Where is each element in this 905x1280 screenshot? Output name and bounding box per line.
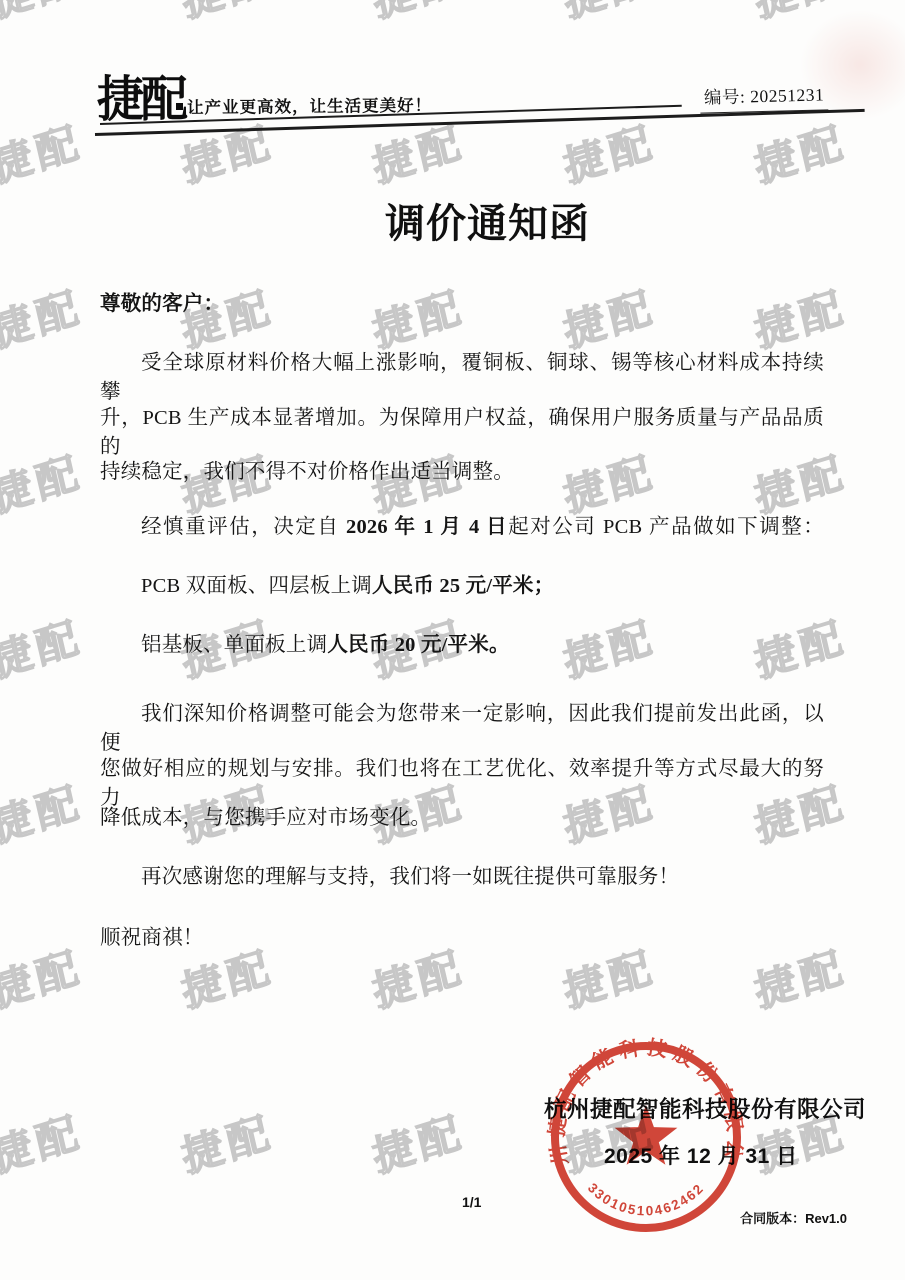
logo-dot-icon xyxy=(176,103,183,110)
text-run: 起对公司 PCB 产品做如下调整： xyxy=(508,516,824,538)
text-run: 顺祝商祺！ xyxy=(100,927,204,949)
text-run: 持续稳定，我们不得不对价格作出适当调整。 xyxy=(100,461,514,483)
body-line: 升，PCB 生产成本显著增加。为保障用户权益，确保用户服务质量与产品品质的 xyxy=(100,404,824,462)
text-run: 您做好相应的规划与安排。我们也将在工艺优化、效率提升等方式尽最大的努力 xyxy=(100,758,824,809)
watermark-text: 捷配 xyxy=(736,0,864,34)
watermark-text: 捷配 xyxy=(354,0,482,34)
watermark-text: 捷配 xyxy=(354,105,482,199)
body-line: 顺祝商祺！ xyxy=(100,924,824,953)
seal-star-icon xyxy=(615,1105,678,1165)
text-run: 降低成本，与您携手应对市场变化。 xyxy=(100,807,431,829)
watermark-text: 捷配 xyxy=(0,1095,100,1189)
document-title: 调价通知函 xyxy=(385,192,590,249)
text-run: 升，PCB 生产成本显著增加。为保障用户权益，确保用户服务质量与产品品质的 xyxy=(100,407,824,458)
watermark-text: 捷配 xyxy=(163,1095,291,1189)
document-page: 捷配捷配捷配捷配捷配捷配捷配捷配捷配捷配捷配捷配捷配捷配捷配捷配捷配捷配捷配捷配… xyxy=(0,0,905,1280)
text-run: 经慎重评估，决定自 xyxy=(141,516,346,538)
company-logo-text: 捷配 xyxy=(97,71,185,126)
text-run: 人民币 25 元/平米； xyxy=(372,575,554,597)
document-number-value: 20251231 xyxy=(750,84,824,106)
watermark-text: 捷配 xyxy=(0,930,100,1024)
watermark-text: 捷配 xyxy=(0,765,100,859)
contract-version: 合同版本：Rev1.0 xyxy=(740,1208,847,1227)
text-run: 受全球原材料价格大幅上涨影响，覆铜板、铜球、锡等核心材料成本持续攀 xyxy=(100,352,824,403)
watermark-text: 捷配 xyxy=(0,0,100,34)
watermark-text: 捷配 xyxy=(163,0,291,34)
watermark-text: 捷配 xyxy=(736,105,864,199)
page-number: 1/1 xyxy=(462,1194,481,1210)
watermark-text: 捷配 xyxy=(0,435,100,529)
body-line: PCB 双面板、四层板上调人民币 25 元/平米； xyxy=(100,572,824,601)
text-run: 人民币 20 元/平米。 xyxy=(327,634,509,656)
text-run: PCB 双面板、四层板上调 xyxy=(141,575,372,597)
body-line: 经慎重评估，决定自 2026 年 1 月 4 日起对公司 PCB 产品做如下调整… xyxy=(100,513,824,542)
body-line: 受全球原材料价格大幅上涨影响，覆铜板、铜球、锡等核心材料成本持续攀 xyxy=(100,349,824,407)
body-line: 尊敬的客户： xyxy=(100,290,824,319)
body-line: 再次感谢您的理解与支持，我们将一如既往提供可靠服务！ xyxy=(100,863,824,892)
body-line: 铝基板、单面板上调人民币 20 元/平米。 xyxy=(100,631,824,660)
document-number-label: 编号: xyxy=(704,86,746,107)
watermark-text: 捷配 xyxy=(354,1095,482,1189)
text-run: 尊敬的客户： xyxy=(100,293,224,315)
company-seal: 杭州捷配智能科技股份有限公司 33010510462462 xyxy=(546,1034,746,1234)
text-run: 我们深知价格调整可能会为您带来一定影响，因此我们提前发出此函，以便 xyxy=(100,703,824,754)
watermark-text: 捷配 xyxy=(0,270,100,364)
body-line: 降低成本，与您携手应对市场变化。 xyxy=(100,804,824,833)
document-number: 编号: 20251231 xyxy=(700,81,829,113)
text-run: 铝基板、单面板上调 xyxy=(141,634,327,656)
watermark-text: 捷配 xyxy=(0,600,100,694)
body-line: 我们深知价格调整可能会为您带来一定影响，因此我们提前发出此函，以便 xyxy=(100,700,824,758)
text-run: 再次感谢您的理解与支持，我们将一如既往提供可靠服务！ xyxy=(141,866,679,888)
watermark-text: 捷配 xyxy=(0,105,100,199)
body-line: 持续稳定，我们不得不对价格作出适当调整。 xyxy=(100,458,824,487)
watermark-text: 捷配 xyxy=(545,0,673,34)
text-run: 2026 年 1 月 4 日 xyxy=(346,516,508,538)
